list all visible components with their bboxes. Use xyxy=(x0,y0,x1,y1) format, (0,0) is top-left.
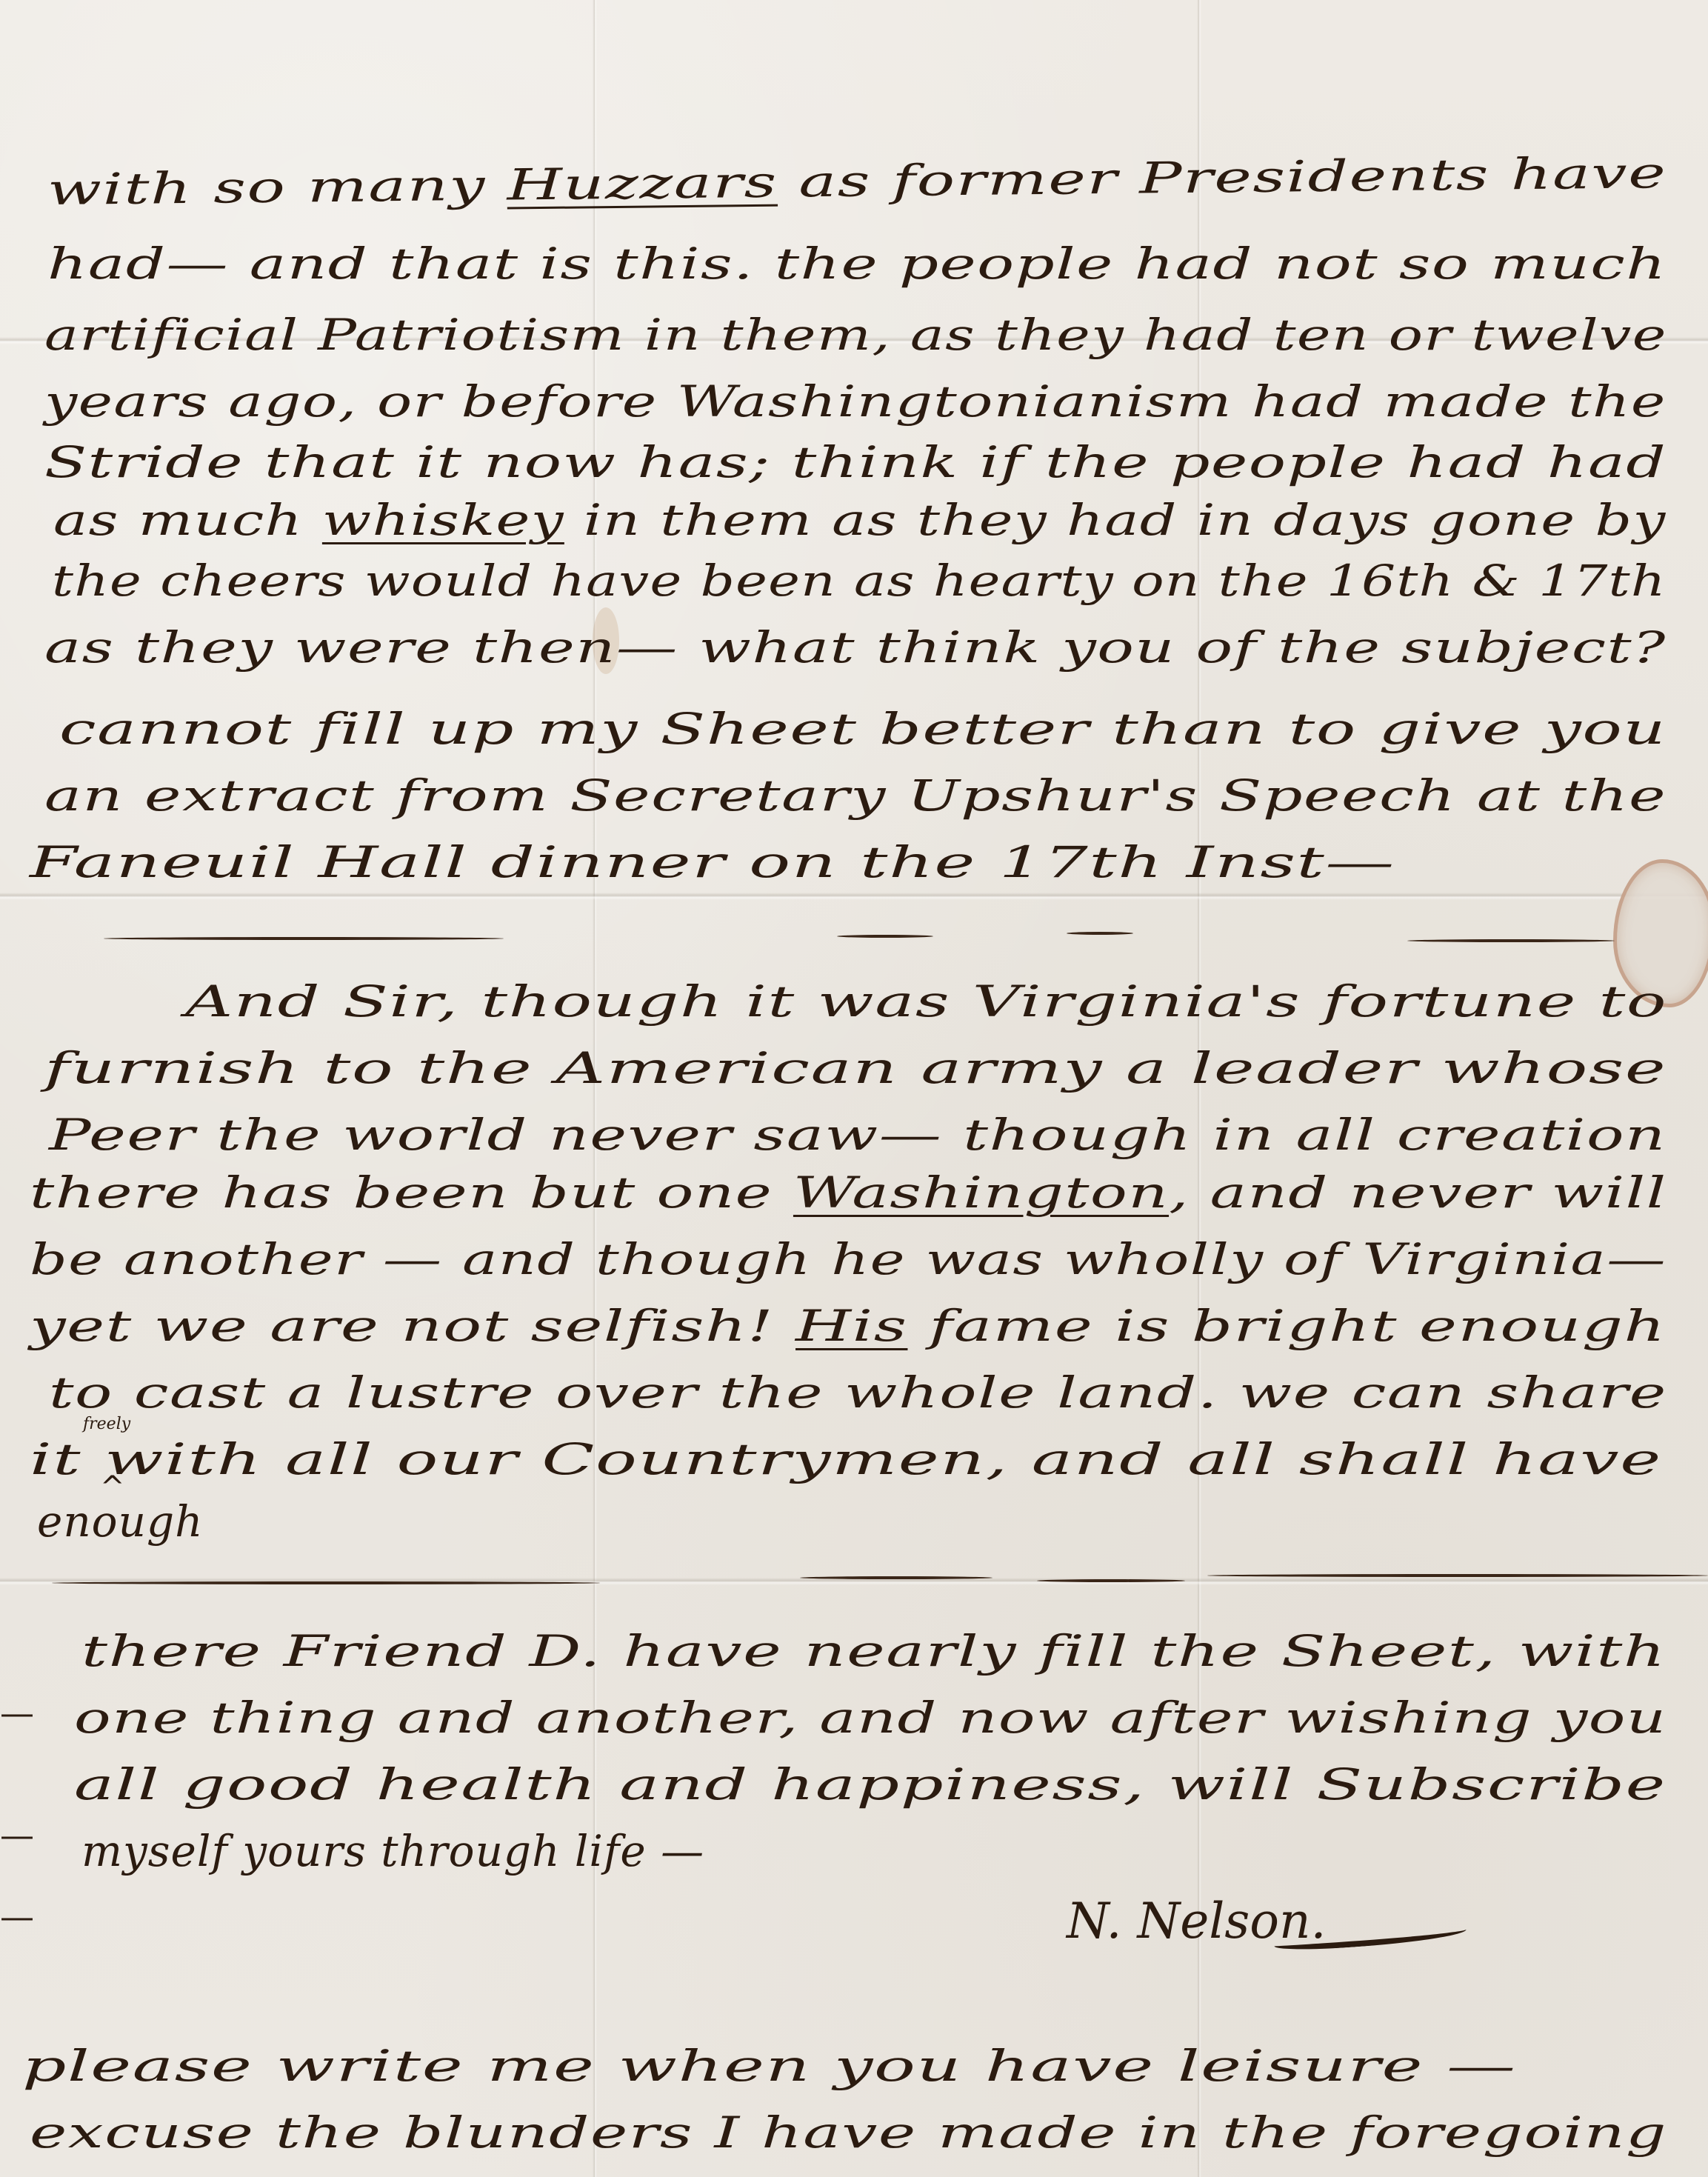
text-line: artificial Patriotism in them, as they h… xyxy=(44,310,1667,360)
text-line: there has been but one Washington, and n… xyxy=(30,1167,1667,1218)
text-line: Stride that it now has; think if the peo… xyxy=(44,437,1667,487)
text-line: the cheers would have been as hearty on … xyxy=(52,556,1667,606)
text-line: to cast a lustre over the whole land. we… xyxy=(49,1367,1667,1418)
divider-rule xyxy=(1037,1579,1185,1582)
margin-mark: — xyxy=(0,1896,34,1936)
text-line: one thing and another, and now after wis… xyxy=(74,1693,1667,1743)
text-line: cannot fill up my Sheet better than to g… xyxy=(59,704,1667,754)
divider-rule xyxy=(104,937,504,940)
text-line: Peer the world never saw— though in all … xyxy=(49,1110,1667,1160)
text-line: excuse the blunders I have made in the f… xyxy=(30,2107,1667,2158)
text-line: furnish to the American army a leader wh… xyxy=(44,1043,1667,1093)
divider-rule xyxy=(837,935,933,938)
text-line: years ago, or before Washingtonianism ha… xyxy=(44,376,1667,427)
text-line: please write me when you have leisure — xyxy=(22,2041,1517,2091)
divider-rule xyxy=(1067,932,1133,935)
margin-mark: — xyxy=(0,1693,34,1733)
text-line: Faneuil Hall dinner on the 17th Inst— xyxy=(30,837,1395,887)
text-line: an extract from Secretary Upshur's Speec… xyxy=(44,770,1667,821)
underlined-word: His xyxy=(795,1301,907,1351)
divider-rule xyxy=(52,1581,600,1584)
margin-mark: — xyxy=(0,1815,34,1855)
divider-rule xyxy=(1207,1574,1708,1577)
text-line: had— and that is this. the people had no… xyxy=(47,239,1667,289)
text-line: there Friend D. have nearly fill the She… xyxy=(81,1626,1667,1676)
divider-rule xyxy=(1407,939,1615,942)
text-line: as much whiskey in them as they had in d… xyxy=(53,495,1667,545)
text-line: myself yours through life — xyxy=(81,1826,704,1876)
text-line: all good health and happiness, will Subs… xyxy=(74,1759,1667,1810)
text-line: enough xyxy=(37,1496,203,1547)
insertion-word: freely xyxy=(83,1415,130,1433)
divider-rule xyxy=(800,1576,993,1579)
text-line: be another — and though he was wholly of… xyxy=(30,1234,1667,1284)
text-line: yet we are not selfish! His fame is brig… xyxy=(30,1301,1666,1351)
underlined-word: Washington xyxy=(793,1167,1169,1218)
underlined-word: whiskey xyxy=(322,495,564,545)
text-line: And Sir, though it was Virginia's fortun… xyxy=(185,976,1667,1027)
text-line: as they were then— what think you of the… xyxy=(44,622,1667,673)
underlined-word: Huzzars xyxy=(507,157,778,210)
text-line: it with all our Countrymen, and all shal… xyxy=(30,1434,1662,1484)
